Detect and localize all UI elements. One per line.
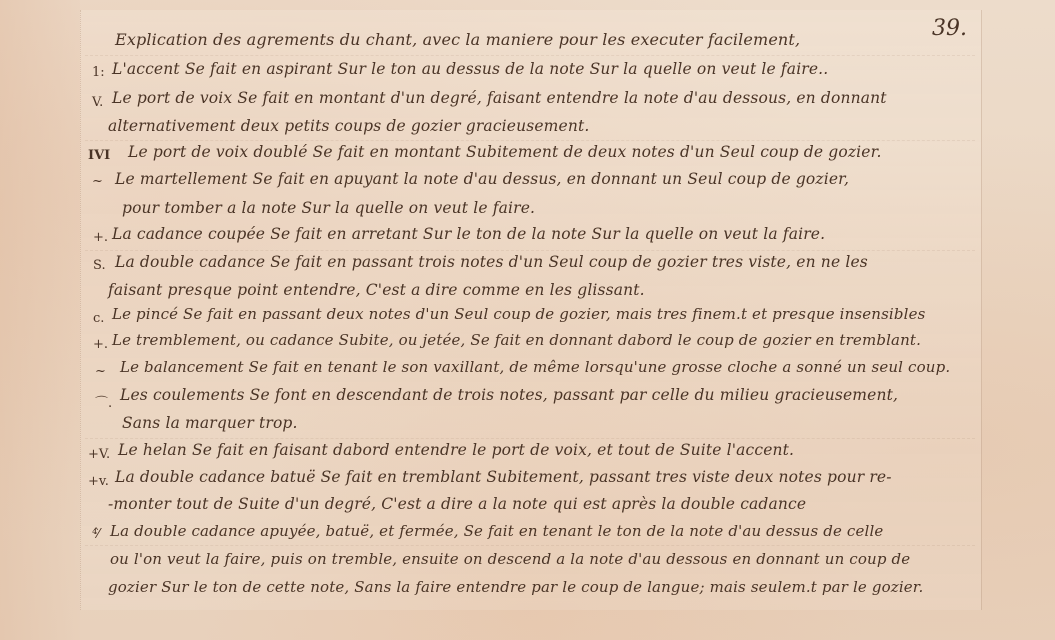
entry-marker-martellement: ~ bbox=[92, 174, 103, 189]
page-edge-shadow bbox=[0, 0, 80, 640]
page-title: Explication des agrements du chant, avec… bbox=[115, 30, 800, 49]
entry-double-cadance-batue-cont: -monter tout de Suite d'un degré, C'est … bbox=[108, 495, 806, 513]
entry-marker-port-de-voix: V. bbox=[92, 95, 103, 110]
entry-marker-helan: +V. bbox=[88, 447, 110, 462]
ruling-line bbox=[85, 438, 975, 439]
entry-martellement: Le martellement Se fait en apuyant la no… bbox=[115, 170, 849, 188]
entry-accent: L'accent Se fait en aspirant Sur le ton … bbox=[112, 60, 828, 78]
ruling-line bbox=[85, 140, 975, 141]
ruling-line bbox=[85, 250, 975, 251]
entry-coulements: Les coulements Se font en descendant de … bbox=[120, 386, 898, 404]
entry-marker-balancement: ~ bbox=[95, 364, 106, 379]
entry-marker-double-cadance: S. bbox=[93, 258, 106, 273]
entry-double-cadance-apuyee: La double cadance apuyée, batuë, et ferm… bbox=[110, 522, 883, 540]
entry-double-cadance-batue: La double cadance batuë Se fait en tremb… bbox=[115, 468, 892, 486]
entry-martellement-cont: pour tomber a la note Sur la quelle on v… bbox=[122, 199, 535, 217]
entry-port-de-voix: Le port de voix Se fait en montant d'un … bbox=[112, 89, 887, 107]
entry-balancement: Le balancement Se fait en tenant le son … bbox=[120, 358, 950, 376]
entry-coulements-cont: Sans la marquer trop. bbox=[122, 414, 298, 432]
entry-double-cadance: La double cadance Se fait en passant tro… bbox=[115, 253, 868, 271]
entry-cadance-coupee: La cadance coupée Se fait en arretant Su… bbox=[112, 225, 825, 243]
page-number: 39. bbox=[932, 16, 967, 41]
entry-marker-coulements: ⌒. bbox=[95, 392, 112, 411]
entry-marker-cadance-coupee: +. bbox=[93, 230, 108, 245]
entry-marker-pince: c. bbox=[93, 311, 104, 326]
entry-marker-double-cadance-batue: +v. bbox=[88, 474, 109, 489]
entry-double-cadance-apuyee-cont2: gozier Sur le ton de cette note, Sans la… bbox=[108, 578, 923, 596]
entry-port-de-voix-cont: alternativement deux petits coups de goz… bbox=[108, 117, 589, 135]
entry-marker-port-de-voix-double: IVI bbox=[88, 148, 110, 163]
entry-port-de-voix-double: Le port de voix doublé Se fait en montan… bbox=[128, 143, 882, 161]
ruling-line bbox=[85, 55, 975, 56]
entry-marker-double-cadance-apuyee: ⁴⁄̂ bbox=[92, 527, 99, 542]
manuscript-page: 39. Explication des agrements du chant, … bbox=[0, 0, 1055, 640]
entry-pince: Le pincé Se fait en passant deux notes d… bbox=[112, 305, 925, 323]
entry-helan: Le helan Se fait en faisant dabord enten… bbox=[118, 441, 794, 459]
entry-tremblement: Le tremblement, ou cadance Subite, ou je… bbox=[112, 331, 921, 349]
entry-double-cadance-cont: faisant presque point entendre, C'est a … bbox=[108, 281, 645, 299]
ruling-line bbox=[85, 545, 975, 546]
entry-double-cadance-apuyee-cont1: ou l'on veut la faire, puis on tremble, … bbox=[110, 550, 910, 568]
entry-marker-tremblement: +. bbox=[93, 337, 108, 352]
entry-marker-accent: 1: bbox=[92, 65, 105, 80]
